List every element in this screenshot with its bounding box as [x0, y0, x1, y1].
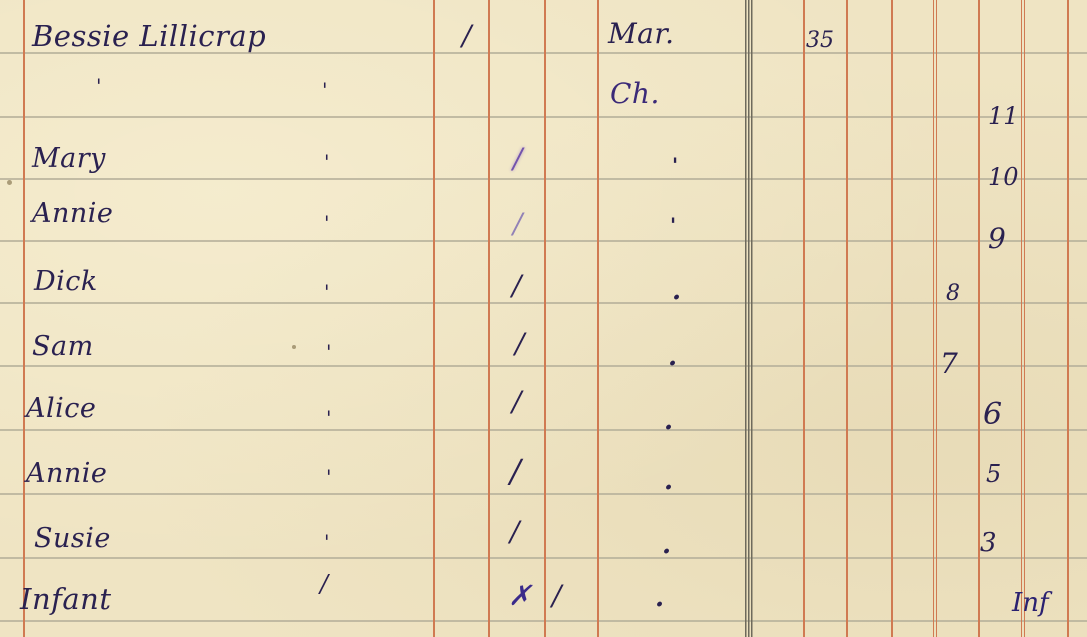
name-cell: Mary [32, 145, 106, 172]
name-cell: Annie [32, 200, 113, 227]
ditto-dot: . [668, 344, 677, 370]
column-rule [488, 0, 490, 637]
col3-mark: / [552, 582, 561, 610]
ditto-mark: ' [324, 532, 330, 552]
age-child-cell: 5 [986, 462, 1001, 486]
name-cell: Sam [32, 333, 94, 360]
ledger-page: Bessie Lillicrap / Mar. 35 ' ' Ch. 11 Ma… [0, 0, 1087, 637]
name-cell: Annie [26, 460, 107, 487]
column-rule [433, 0, 435, 637]
column-rule [597, 0, 599, 637]
column-rule [544, 0, 546, 637]
relation-cell: Mar. [608, 20, 675, 48]
relation-cell: Ch. [610, 80, 660, 108]
ditto-dot: ' [672, 155, 678, 175]
col2-cross-mark: ✗ [508, 582, 531, 610]
ditto-dot: . [655, 585, 664, 611]
col2-mark: / [510, 518, 519, 546]
age-child-cell: 10 [988, 165, 1019, 189]
name-cell: Dick [34, 268, 98, 295]
ditto-mark: ' [326, 408, 332, 428]
col2-mark: / [512, 272, 521, 300]
ditto-dot: . [672, 278, 681, 304]
col2-mark: / [513, 210, 522, 238]
age-child-cell: 11 [988, 104, 1019, 128]
column-rule [1067, 0, 1069, 637]
age-child-cell: 6 [983, 400, 1002, 430]
ditto-dot: . [662, 532, 671, 558]
col1-mark: / [462, 22, 471, 50]
ditto-mark: / [320, 572, 328, 596]
ditto-dot: . [664, 408, 673, 434]
ditto-mark: ' [326, 467, 332, 487]
column-rule [803, 0, 805, 637]
ditto-mark: ' [322, 80, 328, 100]
col2-mark: / [512, 388, 521, 416]
column-rule [23, 0, 25, 637]
section-divider-rule [744, 0, 753, 637]
ditto-dot: . [664, 468, 673, 494]
col2-mark: / [510, 455, 521, 487]
paper-speck [292, 345, 296, 349]
ditto-mark: ' [96, 76, 102, 96]
ditto-mark: ' [324, 152, 330, 172]
name-cell: Bessie Lillicrap [32, 22, 266, 51]
column-rule-double [1021, 0, 1022, 637]
ditto-dot: ' [670, 215, 676, 235]
column-rule [891, 0, 893, 637]
paper-speck [7, 180, 12, 185]
age-child-cell: Inf [1012, 590, 1049, 616]
age-female-cell: 35 [806, 30, 834, 52]
age-child-cell: 9 [988, 225, 1006, 253]
age-child-cell: 3 [980, 530, 997, 556]
column-rule-double [933, 0, 934, 637]
name-cell: Alice [26, 395, 96, 422]
age-child-cell: 7 [940, 350, 958, 378]
col2-mark: / [515, 330, 524, 358]
ditto-mark: ' [324, 213, 330, 233]
ditto-mark: ' [326, 342, 332, 362]
age-child-cell: 8 [946, 283, 960, 305]
col2-mark: / [513, 145, 522, 173]
column-rule [846, 0, 848, 637]
name-cell: Infant [20, 585, 112, 614]
ditto-mark: ' [324, 282, 330, 302]
name-cell: Susie [34, 525, 111, 552]
